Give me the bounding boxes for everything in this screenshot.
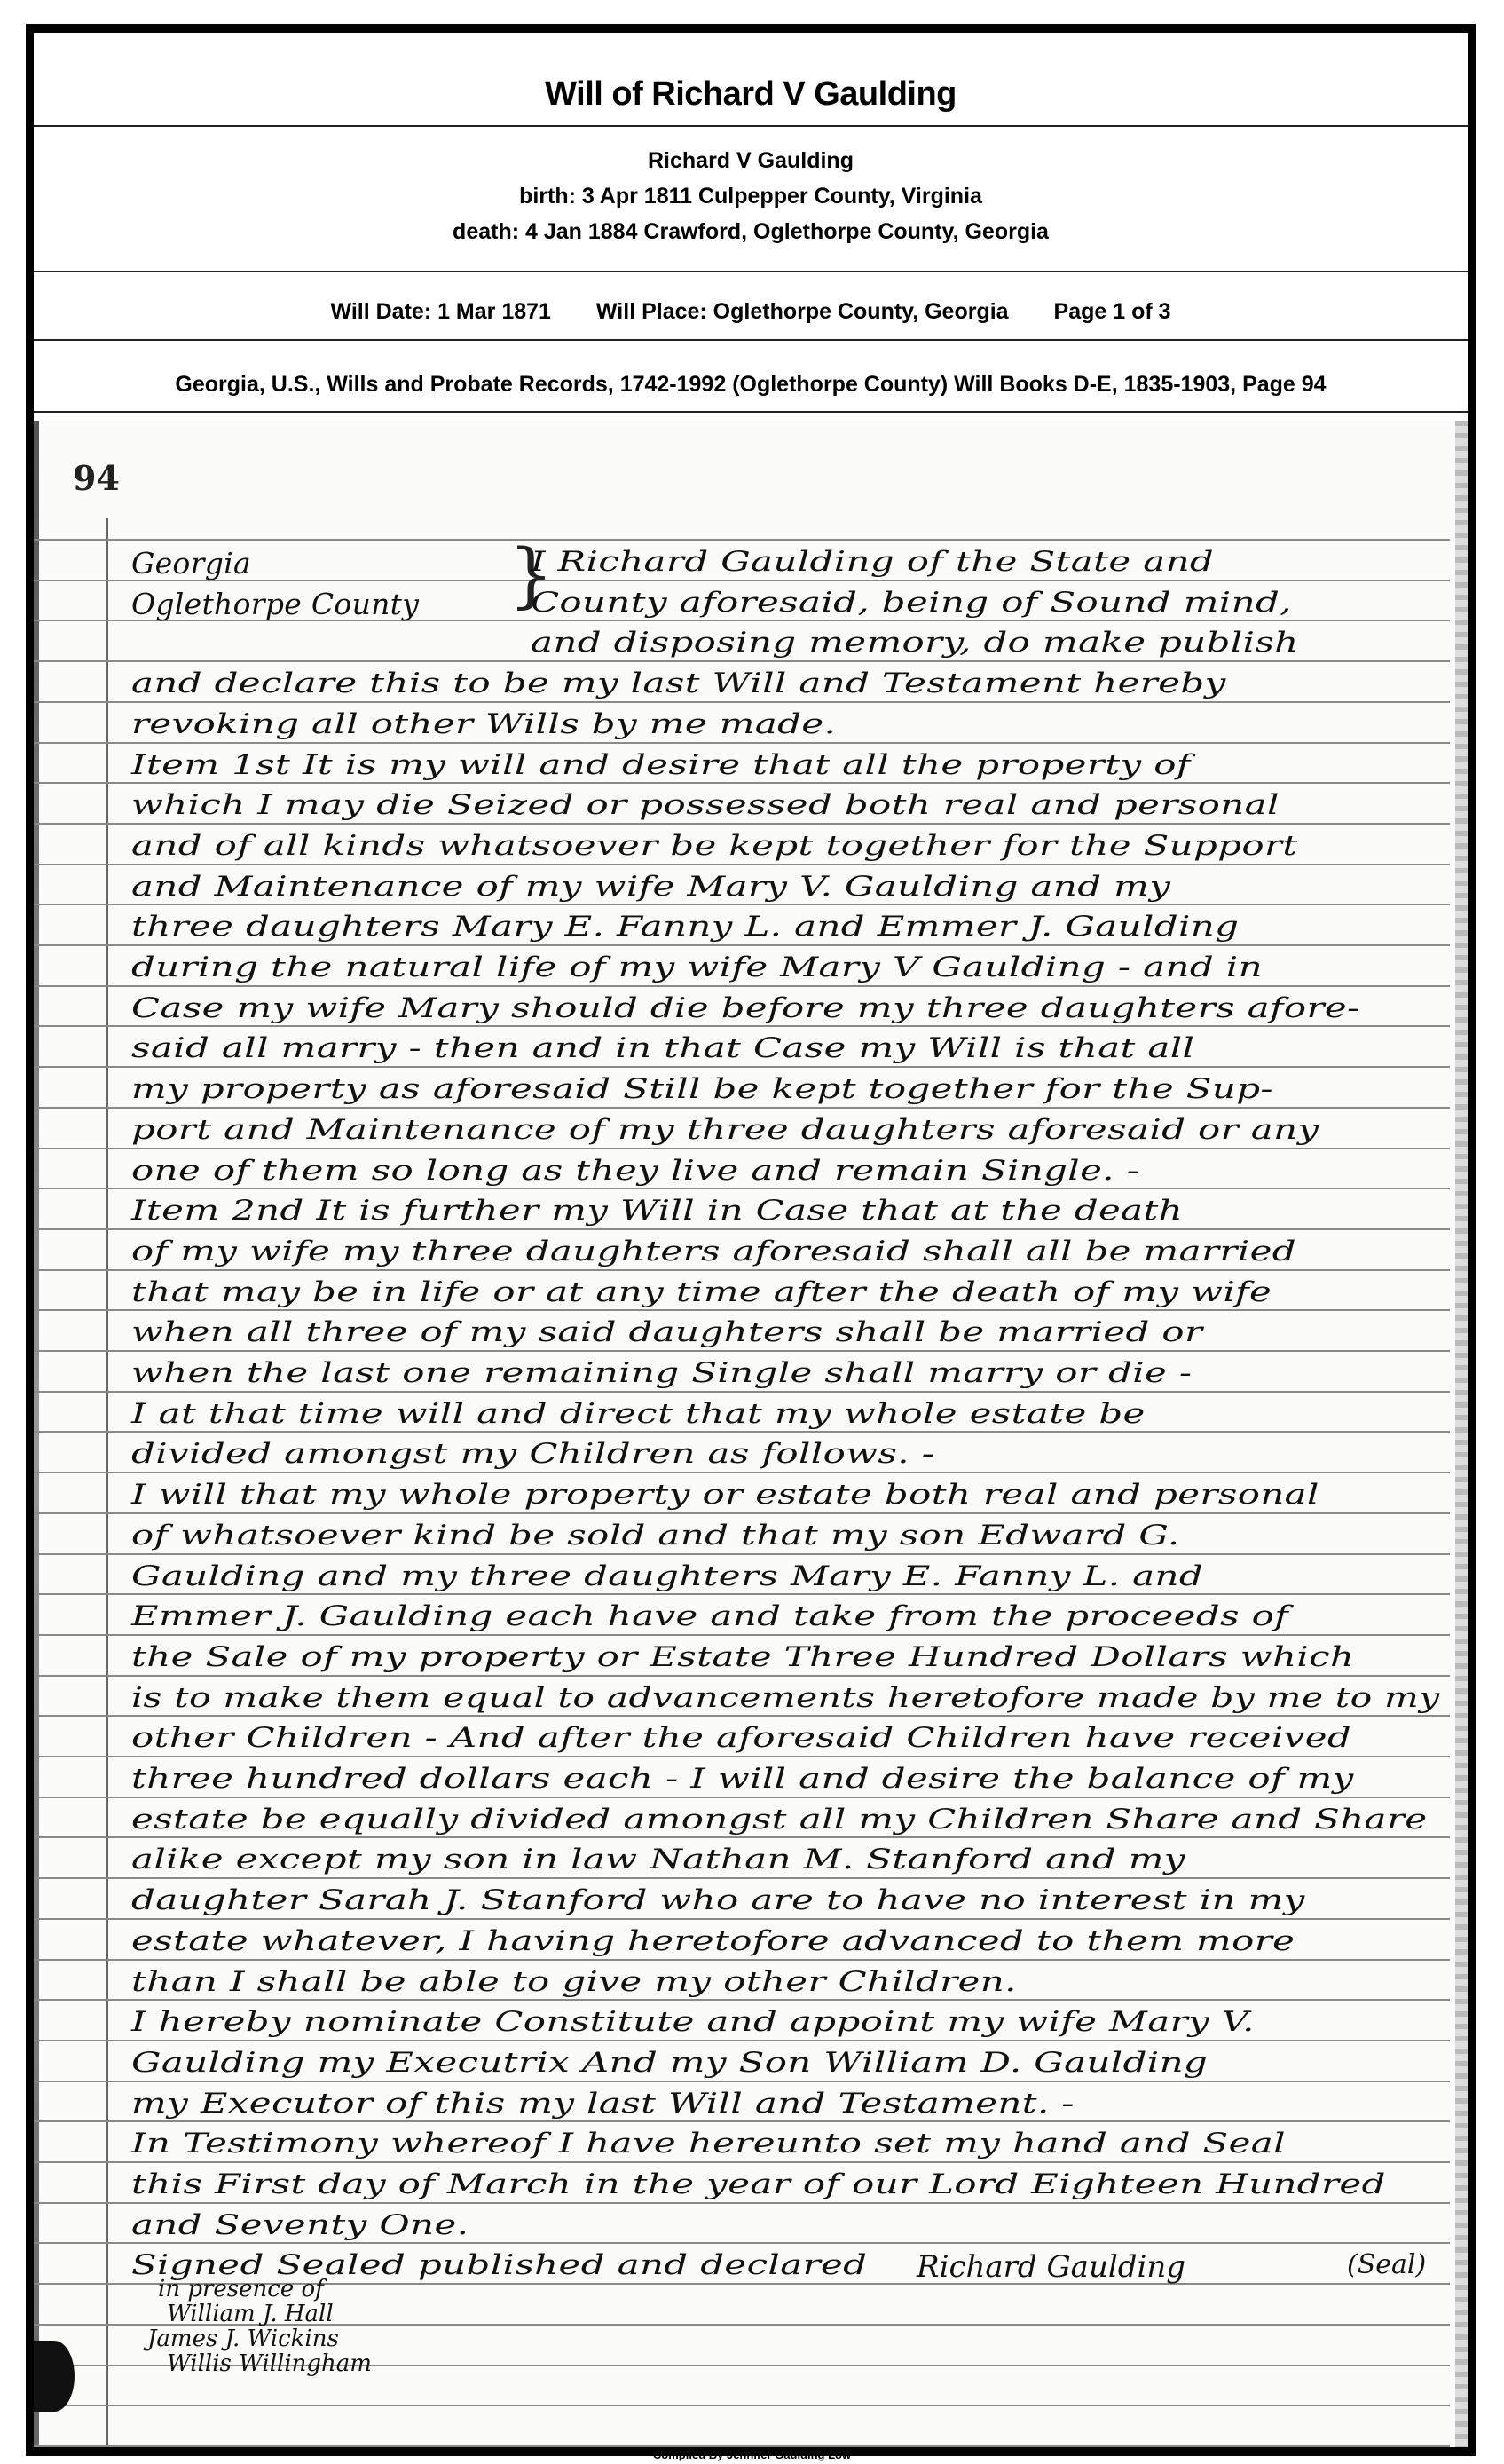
ledger-rule bbox=[34, 1269, 1450, 1271]
handwritten-line: I will that my whole property or estate … bbox=[131, 1479, 1319, 1511]
handwritten-text: GeorgiaOglethorpe County}I Richard Gauld… bbox=[34, 421, 1450, 2447]
ledger-rule bbox=[34, 1756, 1450, 1757]
handwritten-line: Gaulding my Executrix And my Son William… bbox=[131, 2047, 1208, 2079]
handwritten-line: Gaulding and my three daughters Mary E. … bbox=[131, 1560, 1203, 1592]
caption-state: Georgia bbox=[131, 546, 251, 580]
ledger-rule bbox=[34, 1715, 1450, 1717]
handwritten-line: three daughters Mary E. Fanny L. and Emm… bbox=[131, 911, 1239, 943]
handwritten-line: my property as aforesaid Still be kept t… bbox=[131, 1073, 1273, 1105]
handwritten-line: divided amongst my Children as follows. … bbox=[131, 1438, 934, 1470]
witness-signature: William J. Hall bbox=[167, 2301, 334, 2327]
ink-blot bbox=[34, 2341, 75, 2412]
ledger-rule bbox=[34, 1025, 1450, 1027]
handwritten-line: is to make them equal to advancements he… bbox=[131, 1682, 1440, 1714]
divider bbox=[34, 271, 1468, 272]
will-meta: Will Date: 1 Mar 1871 Will Place: Ogleth… bbox=[34, 299, 1468, 325]
handwritten-line: said all marry - then and in that Case m… bbox=[131, 1032, 1194, 1064]
will-place: Will Place: Oglethorpe County, Georgia bbox=[596, 299, 1009, 324]
divider bbox=[34, 339, 1468, 341]
handwritten-line: one of them so long as they live and rem… bbox=[131, 1155, 1139, 1187]
ledger-rule bbox=[34, 782, 1450, 784]
ledger-rule bbox=[34, 944, 1450, 946]
handwritten-line: Item 2nd It is further my Will in Case t… bbox=[131, 1195, 1183, 1227]
scanned-will-page: 94 GeorgiaOglethorpe County}I Richard Ga… bbox=[34, 421, 1468, 2447]
birth-info: birth: 3 Apr 1811 Culpepper County, Virg… bbox=[34, 178, 1468, 214]
handwritten-line: of whatsoever kind be sold and that my s… bbox=[131, 1520, 1179, 1552]
ledger-rule bbox=[34, 701, 1450, 703]
ledger-rule bbox=[34, 823, 1450, 825]
handwritten-line: during the natural life of my wife Mary … bbox=[131, 952, 1263, 983]
handwritten-line: port and Maintenance of my three daughte… bbox=[131, 1114, 1319, 1146]
handwritten-line: In Testimony whereof I have hereunto set… bbox=[131, 2128, 1286, 2160]
document-frame: Will of Richard V Gaulding Richard V Gau… bbox=[26, 24, 1476, 2456]
handwritten-line: when all three of my said daughters shal… bbox=[131, 1316, 1202, 1348]
ledger-rule bbox=[34, 742, 1450, 744]
witness-signature: Willis Willingham bbox=[167, 2350, 372, 2377]
handwritten-line: which I may die Seized or possessed both… bbox=[131, 789, 1280, 821]
handwritten-line: I Richard Gaulding of the State and bbox=[531, 546, 1214, 578]
ledger-rule bbox=[34, 2040, 1450, 2041]
ledger-rule bbox=[34, 1148, 1450, 1149]
page-indicator: Page 1 of 3 bbox=[1054, 299, 1171, 324]
handwritten-line: estate be equally divided amongst all my… bbox=[131, 1804, 1427, 1836]
divider bbox=[34, 411, 1468, 413]
handwritten-line: when the last one remaining Single shall… bbox=[131, 1357, 1192, 1389]
handwritten-line: of my wife my three daughters aforesaid … bbox=[131, 1236, 1296, 1268]
handwritten-line: estate whatever, I having heretofore adv… bbox=[131, 1925, 1295, 1957]
source-citation: Georgia, U.S., Wills and Probate Records… bbox=[34, 372, 1468, 398]
ledger-rule bbox=[34, 985, 1450, 987]
ledger-rule bbox=[34, 1472, 1450, 1473]
ledger-rule bbox=[34, 2202, 1450, 2204]
ledger-rule bbox=[34, 2405, 1450, 2406]
handwritten-line: I hereby nominate Constitute and appoint… bbox=[131, 2006, 1255, 2038]
handwritten-line: and of all kinds whatsoever be kept toge… bbox=[131, 830, 1298, 862]
ledger-rule bbox=[34, 1188, 1450, 1189]
ledger-rule bbox=[34, 1593, 1450, 1595]
ledger-rule bbox=[34, 1836, 1450, 1838]
ledger-rule bbox=[34, 1918, 1450, 1920]
ledger-rule bbox=[34, 1877, 1450, 1879]
seal-mark: (Seal) bbox=[1347, 2249, 1426, 2280]
handwritten-line: and declare this to be my last Will and … bbox=[131, 667, 1226, 699]
ledger-rule bbox=[34, 1999, 1450, 2001]
ledger-rule bbox=[34, 1431, 1450, 1433]
witness-intro: in presence of bbox=[158, 2276, 324, 2302]
handwritten-line: my Executor of this my last Will and Tes… bbox=[131, 2088, 1075, 2120]
person-name: Richard V Gaulding bbox=[34, 143, 1468, 178]
ledger-rule bbox=[34, 1309, 1450, 1311]
handwritten-line: than I shall be able to give my other Ch… bbox=[131, 1966, 1017, 1998]
ledger-rule bbox=[34, 1107, 1450, 1109]
ledger-rule bbox=[34, 2081, 1450, 2082]
page-title: Will of Richard V Gaulding bbox=[34, 75, 1468, 114]
ledger-rule bbox=[34, 1391, 1450, 1393]
death-info: death: 4 Jan 1884 Crawford, Oglethorpe C… bbox=[34, 214, 1468, 249]
divider bbox=[34, 125, 1468, 127]
handwritten-line: and Maintenance of my wife Mary V. Gauld… bbox=[131, 871, 1170, 903]
handwritten-line: alike except my son in law Nathan M. Sta… bbox=[131, 1844, 1185, 1876]
ledger-rule bbox=[34, 2445, 1450, 2447]
ledger-rule bbox=[34, 660, 1450, 662]
ledger-rule bbox=[34, 1675, 1450, 1677]
handwritten-line: Emmer J. Gaulding each have and take fro… bbox=[131, 1600, 1288, 1632]
ledger-rule bbox=[34, 539, 1450, 541]
ledger-rule bbox=[34, 1228, 1450, 1230]
ledger-rule bbox=[34, 1634, 1450, 1636]
witness-signature: James J. Wickins bbox=[147, 2326, 339, 2352]
handwritten-line: Item 1st It is my will and desire that a… bbox=[131, 749, 1191, 781]
will-date: Will Date: 1 Mar 1871 bbox=[330, 299, 551, 324]
ledger-rule bbox=[34, 2161, 1450, 2163]
handwritten-line: County aforesaid, being of Sound mind, bbox=[531, 587, 1292, 619]
ledger-rule bbox=[34, 864, 1450, 865]
handwritten-line: and disposing memory, do make publish bbox=[531, 627, 1299, 659]
ledger-rule bbox=[34, 2120, 1450, 2122]
caption-county: Oglethorpe County bbox=[131, 587, 419, 621]
ledger-rule bbox=[34, 904, 1450, 905]
handwritten-line: Case my wife Mary should die before my t… bbox=[131, 992, 1360, 1024]
handwritten-line: and Seventy One. bbox=[131, 2209, 469, 2241]
handwritten-line: that may be in life or at any time after… bbox=[131, 1276, 1272, 1308]
ledger-rule bbox=[34, 1959, 1450, 1961]
handwritten-line: this First day of March in the year of o… bbox=[131, 2168, 1386, 2200]
handwritten-line: I at that time will and direct that my w… bbox=[131, 1398, 1146, 1430]
ledger-rule bbox=[34, 1797, 1450, 1798]
handwritten-line: three hundred dollars each - I will and … bbox=[131, 1763, 1354, 1795]
handwritten-line: daughter Sarah J. Stanford who are to ha… bbox=[131, 1884, 1305, 1916]
testator-signature: Richard Gaulding bbox=[917, 2249, 1185, 2285]
ledger-rule bbox=[34, 1512, 1450, 1514]
handwritten-line: other Children - And after the aforesaid… bbox=[131, 1722, 1351, 1754]
ledger-rule bbox=[34, 2242, 1450, 2244]
handwritten-line: revoking all other Wills by me made. bbox=[131, 708, 836, 740]
ledger-rule bbox=[34, 1553, 1450, 1555]
compiler-credit: Compiled By Jennifer Gaulding Low bbox=[0, 2448, 1504, 2461]
handwritten-line: the Sale of my property or Estate Three … bbox=[131, 1641, 1354, 1673]
ledger-rule bbox=[34, 1350, 1450, 1352]
ledger-rule bbox=[34, 1066, 1450, 1068]
